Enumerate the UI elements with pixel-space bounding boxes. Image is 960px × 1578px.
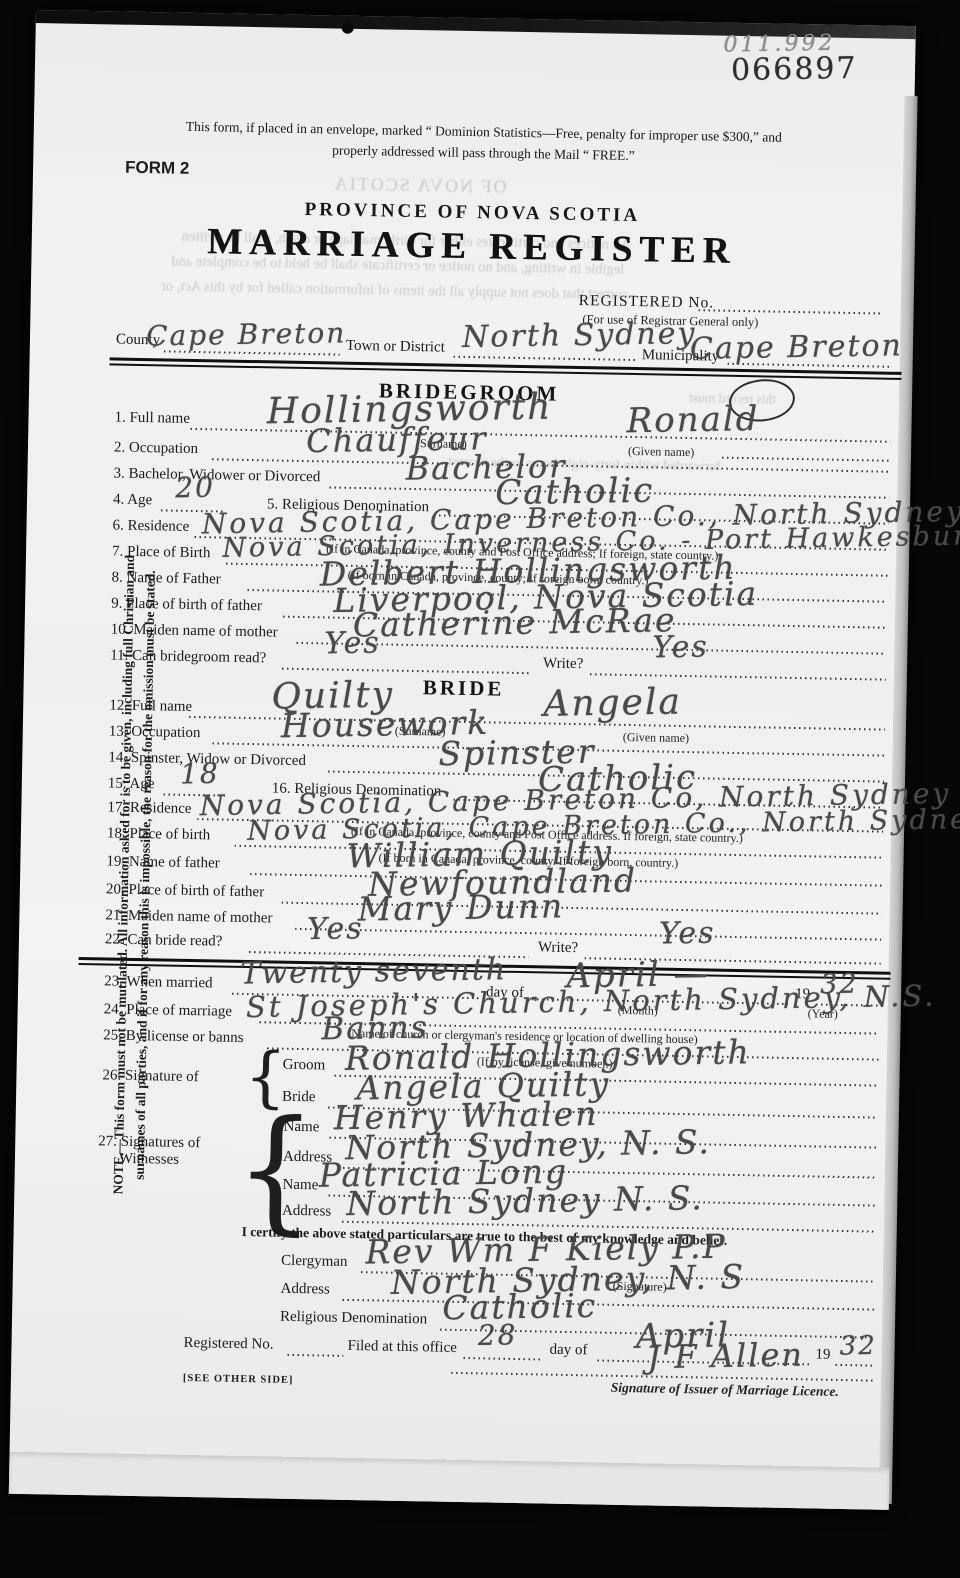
bg-can-write-value: Yes [652, 629, 709, 665]
filed-year-value: 32 [839, 1331, 877, 1362]
religious-denomination-label: Religious Denomination [280, 1309, 427, 1329]
municipality-value: Cape Breton [690, 328, 903, 367]
given-name-caption: (Given name) [628, 445, 695, 459]
footer-year-prefix: 19 [815, 1347, 830, 1365]
dotted-line [287, 1354, 343, 1357]
ghost-text: correct that does not supply all the ite… [161, 278, 628, 304]
filed-day-value: 28 [478, 1318, 518, 1352]
religious-denomination-value: Catholic [442, 1286, 598, 1328]
registered-no-label: REGISTERED No. [579, 292, 715, 312]
bg-occupation-label: 2. Occupation [114, 440, 198, 459]
see-other-side-label: [SEE OTHER SIDE] [183, 1373, 294, 1387]
scan-artifact-dot [342, 22, 354, 34]
dotted-line [463, 1357, 543, 1360]
br-can-write-value: Yes [659, 916, 716, 952]
scanned-marriage-register: { "scan": { "doc_number": "066897", "gho… [0, 0, 960, 1578]
dotted-line [835, 1364, 873, 1367]
br-can-read-value: Yes [307, 911, 364, 947]
bg-age-label: 4. Age [113, 491, 152, 509]
witness2-name-label: Name [282, 1177, 318, 1195]
ghost-text: OF NOVA SCOTIA [333, 173, 507, 197]
dotted-line [295, 928, 881, 941]
witness2-address-label: Address [282, 1203, 331, 1221]
bg-mother-value: Catherine McRae [353, 600, 677, 644]
bg-residence-label: 6. Residence [112, 517, 189, 536]
issuer-signature-value: J F Allen [647, 1336, 804, 1377]
issuer-signature-caption: Signature of Issuer of Marriage Licence. [611, 1381, 839, 1400]
mailing-notice: This form, if placed in an envelope, mar… [143, 116, 824, 170]
form-paper: OF NOVA SCOTIA All notices and certifica… [9, 10, 916, 1510]
dotted-line [454, 356, 638, 361]
dotted-line [722, 457, 890, 462]
page-edge-bottom [9, 1452, 890, 1510]
given-name-caption: (Given name) [623, 731, 690, 745]
br-age-value: 18 [180, 757, 220, 791]
bg-full-name-label: 1. Full name [114, 410, 190, 429]
br-can-write-label: Write? [538, 939, 579, 957]
bg-status-label: 3. Bachelor, Widower or Divorced [113, 465, 320, 486]
clergyman-address-label: Address [280, 1281, 329, 1299]
bg-can-write-label: Write? [543, 655, 584, 673]
filed-at-office-label: Filed at this office [347, 1338, 457, 1357]
groom-label: Groom [283, 1057, 326, 1075]
footer-registered-no-label: Registered No. [183, 1335, 273, 1354]
witness2-address-value: North Sydney N. S. [346, 1178, 704, 1223]
form-number-label: FORM 2 [125, 158, 190, 179]
bg-given-name-value: Ronald [626, 399, 760, 441]
clergyman-label: Clergyman [281, 1253, 348, 1271]
bg-age-value: 20 [175, 471, 215, 505]
registration-number-handwritten: 066897 [731, 51, 858, 88]
town-district-label: Town or District [346, 338, 445, 357]
county-value: Cape Breton [146, 316, 347, 352]
witness1-name-label: Name [283, 1119, 319, 1137]
bg-can-read-value: Yes [324, 625, 381, 661]
br-given-name-value: Angela [543, 682, 682, 725]
br-mother-value: Mary Dunn [357, 886, 564, 928]
footer-day-of-label: day of [549, 1342, 587, 1360]
